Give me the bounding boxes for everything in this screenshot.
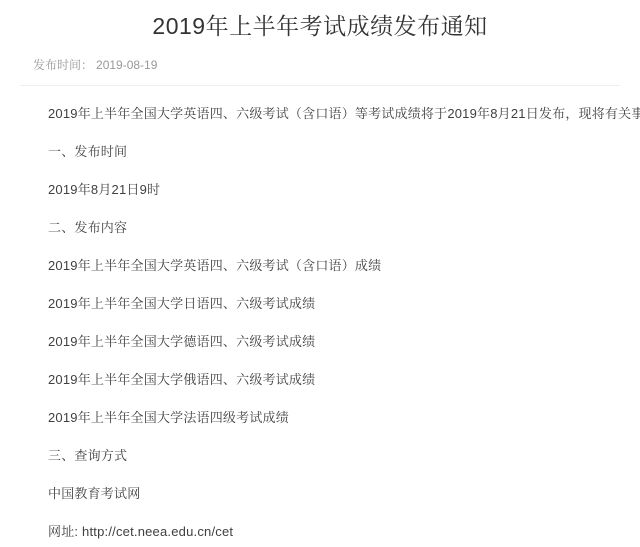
publish-time-label: 发布时间： (33, 58, 93, 72)
notice-paragraph-9: 2019年上半年全国大学法语四级考试成绩 (48, 411, 616, 425)
notice-paragraph-10: 三、查询方式 (48, 449, 616, 463)
notice-paragraph-4: 二、发布内容 (48, 221, 616, 235)
notice-paragraph-8: 2019年上半年全国大学俄语四、六级考试成绩 (48, 373, 616, 387)
notice-paragraph-11: 中国教育考试网 (48, 487, 616, 501)
notice-paragraph-3: 2019年8月21日9时 (48, 183, 616, 197)
notice-paragraph-5: 2019年上半年全国大学英语四、六级考试（含口语）成绩 (48, 259, 616, 273)
notice-body: 2019年上半年全国大学英语四、六级考试（含口语）等考试成绩将于2019年8月2… (48, 107, 616, 539)
notice-paragraph-12: 网址: http://cet.neea.edu.cn/cet (48, 525, 616, 539)
page-title: 2019年上半年考试成绩发布通知 (0, 0, 640, 40)
publish-time-value: 2019-08-19 (96, 58, 157, 72)
notice-page: 2019年上半年考试成绩发布通知 发布时间：2019-08-19 2019年上半… (0, 0, 640, 547)
notice-paragraph-6: 2019年上半年全国大学日语四、六级考试成绩 (48, 297, 616, 311)
publish-time-bar: 发布时间：2019-08-19 (20, 59, 620, 86)
notice-paragraph-7: 2019年上半年全国大学德语四、六级考试成绩 (48, 335, 616, 349)
notice-paragraph-2: 一、发布时间 (48, 145, 616, 159)
notice-paragraph-1: 2019年上半年全国大学英语四、六级考试（含口语）等考试成绩将于2019年8月2… (48, 107, 616, 121)
